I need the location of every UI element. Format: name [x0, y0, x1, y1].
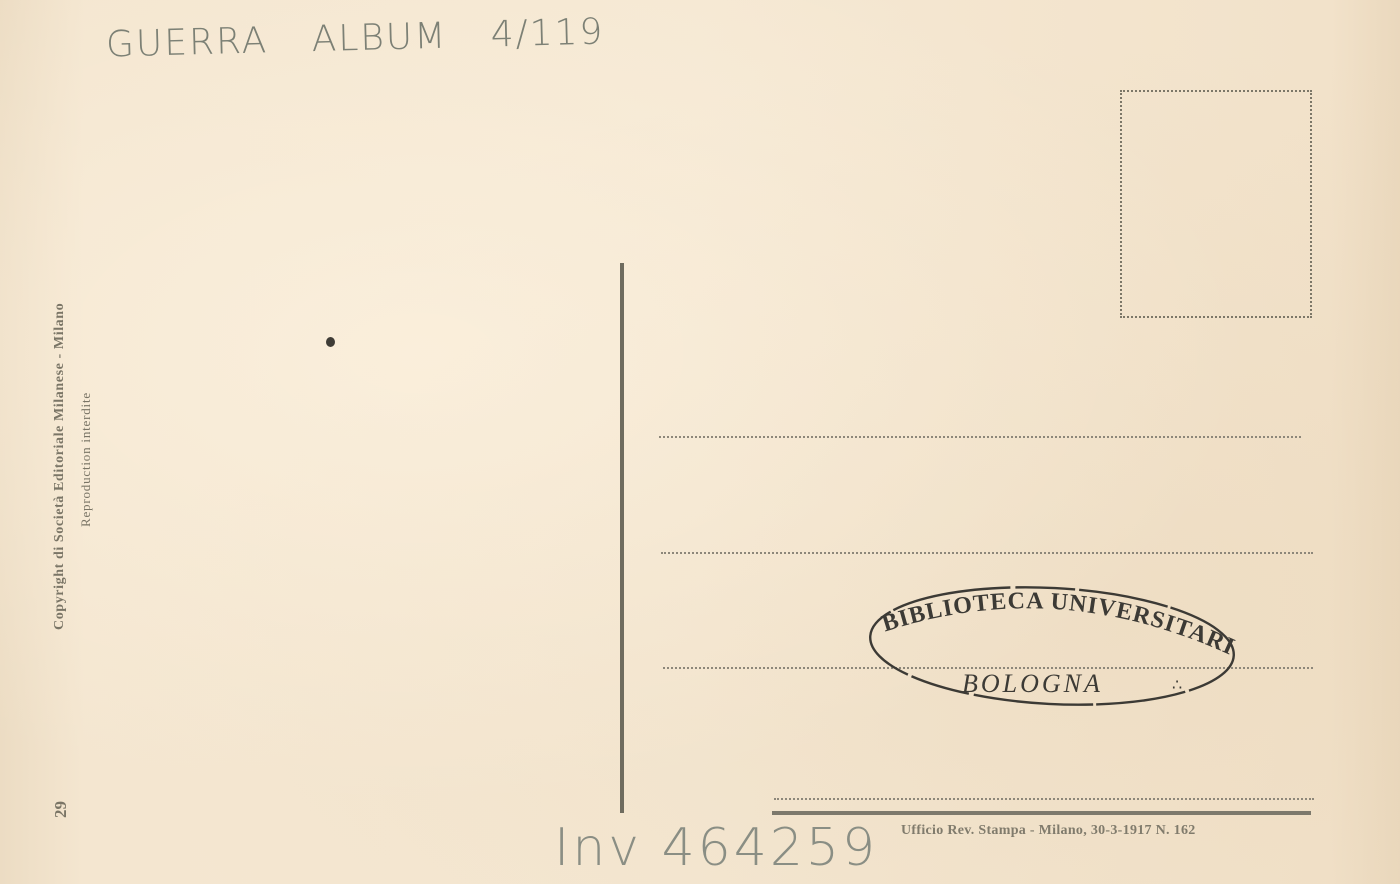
card-number: 29: [51, 801, 71, 818]
oval-stamp-icon: BIBLIOTECA UNIVERSITARIA BOLOGNA ∴: [866, 582, 1238, 710]
address-underline: [772, 811, 1311, 815]
library-stamp: BIBLIOTECA UNIVERSITARIA BOLOGNA ∴: [866, 582, 1238, 710]
postcard-back: GUERRA ALBUM 4/119 Copyright di Società …: [0, 0, 1400, 884]
handwritten-album-reference: GUERRA ALBUM 4/119: [106, 11, 605, 65]
address-line-2: [661, 552, 1313, 554]
censorship-printer-note: Ufficio Rev. Stampa - Milano, 30-3-1917 …: [901, 823, 1196, 839]
handwritten-inventory-number: Inv 464259: [554, 818, 878, 878]
copyright-text: Copyright di Società Editoriale Milanese…: [52, 303, 68, 630]
stamp-bottom-text: BOLOGNA: [962, 669, 1103, 698]
stamp-mark-icon: ∴: [1172, 677, 1182, 694]
center-divider-line: [620, 263, 624, 813]
address-line-4: [774, 798, 1314, 800]
postage-stamp-box: [1120, 90, 1312, 318]
reproduction-notice: Reproduction interdite: [78, 392, 94, 527]
ink-spot: [326, 337, 335, 347]
address-line-1: [659, 436, 1301, 438]
